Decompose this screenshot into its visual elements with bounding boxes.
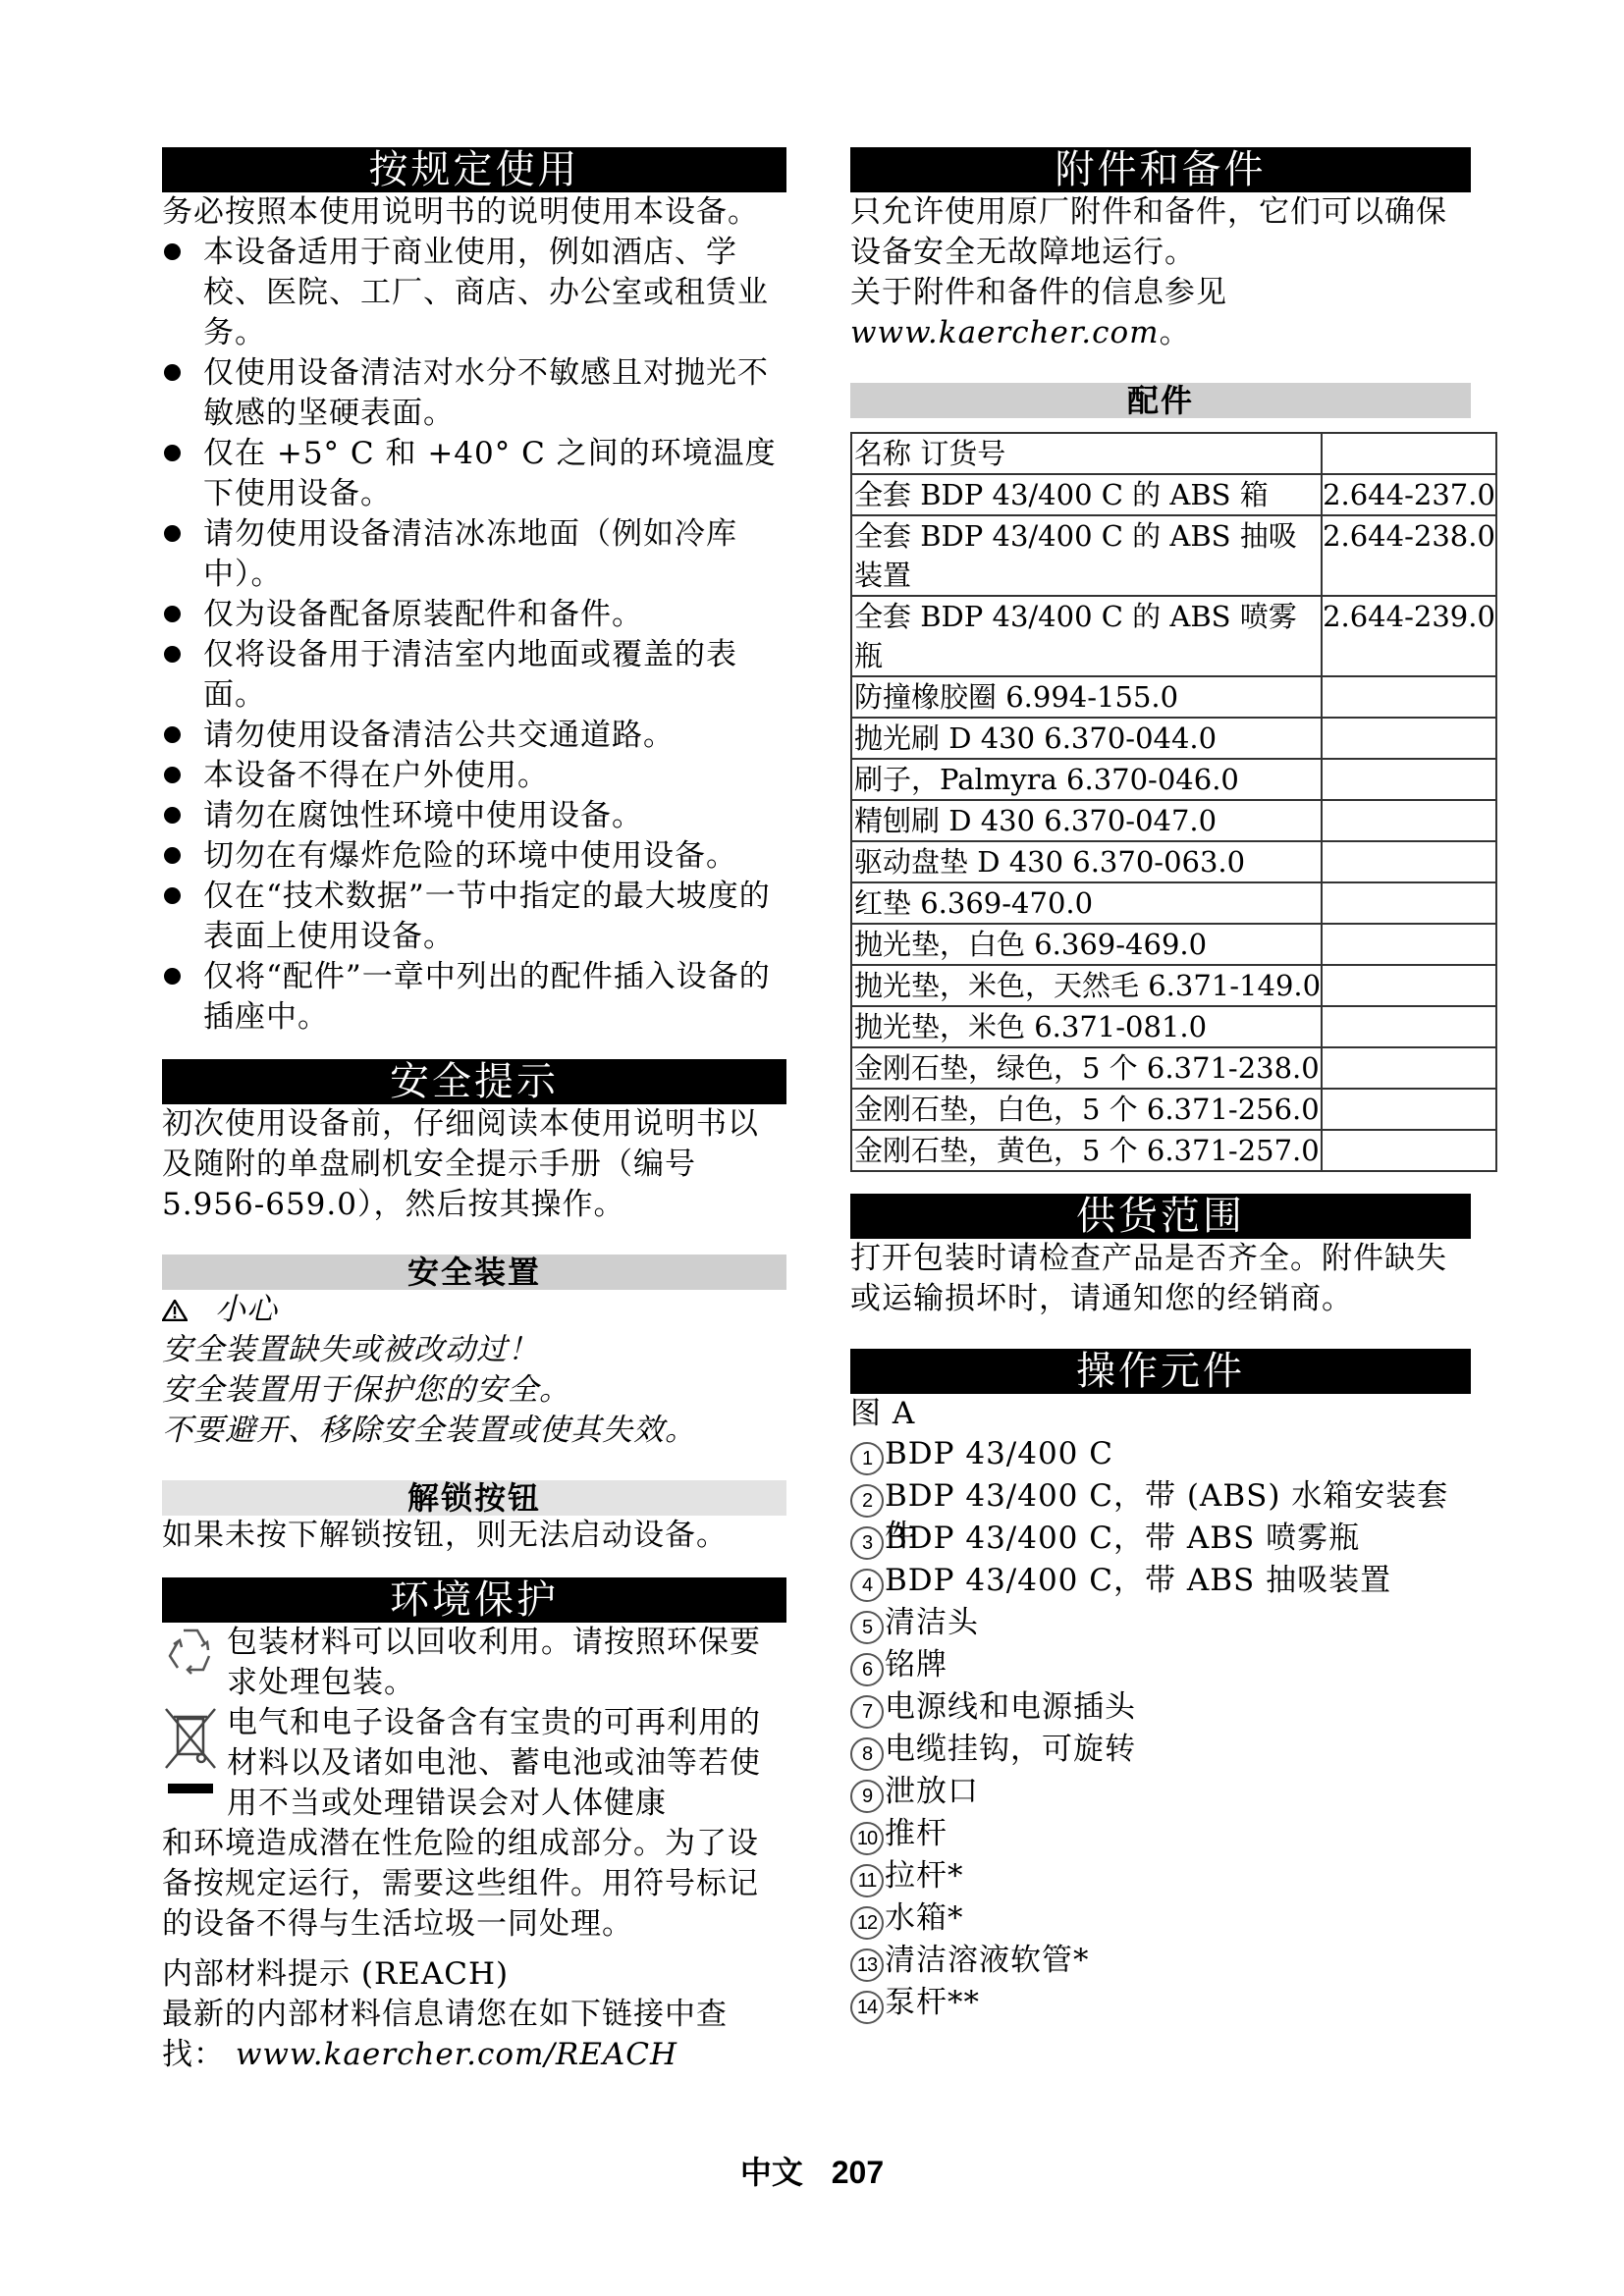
caution-label: 小心 xyxy=(162,1290,786,1330)
accessories-info: 关于附件和备件的信息参见 xyxy=(850,273,1471,313)
bullet-icon xyxy=(164,726,181,743)
weee-text: 电气和电子设备含有宝贵的可再利用的材料以及诸如电池、蓄电池或油等若使用不当或处理… xyxy=(227,1703,786,1824)
accessories-text: 只允许使用原厂附件和备件，它们可以确保设备安全无故障地运行。 xyxy=(850,192,1471,273)
number-circle-icon: 8 xyxy=(850,1737,884,1771)
table-row: 金刚石垫，白色，5 个 6.371-256.0 xyxy=(851,1089,1496,1130)
table-row: 全套 BDP 43/400 C 的 ABS 箱2.644-237.0 xyxy=(851,474,1496,515)
bullet-icon xyxy=(164,646,181,663)
list-item: 请勿使用设备清洁公共交通道路。 xyxy=(162,716,786,756)
list-item: 13清洁溶液软管* xyxy=(850,1941,1471,1983)
list-item: 仅将设备用于清洁室内地面或覆盖的表面。 xyxy=(162,635,786,716)
table-row: 抛光垫，米色，天然毛 6.371-149.0 xyxy=(851,965,1496,1006)
subsection-title-unlock-button: 解锁按钮 xyxy=(162,1480,786,1516)
weee-row: 电气和电子设备含有宝贵的可再利用的材料以及诸如电池、蓄电池或油等若使用不当或处理… xyxy=(162,1703,786,1824)
list-item: 仅在“技术数据”一节中指定的最大坡度的表面上使用设备。 xyxy=(162,877,786,957)
parts-table: 名称 订货号 全套 BDP 43/400 C 的 ABS 箱2.644-237.… xyxy=(850,432,1497,1172)
scope-text: 打开包装时请检查产品是否齐全。附件缺失或运输损坏时，请通知您的经销商。 xyxy=(850,1239,1471,1319)
bullet-icon xyxy=(164,807,181,824)
controls-list: 1BDP 43/400 C 2BDP 43/400 C，带 (ABS) 水箱安装… xyxy=(850,1434,1471,2025)
number-circle-icon: 5 xyxy=(850,1611,884,1644)
list-item: 2BDP 43/400 C，带 (ABS) 水箱安装套件 xyxy=(850,1476,1471,1519)
list-item: 14泵杆** xyxy=(850,1983,1471,2025)
table-row: 抛光垫，白色 6.369-469.0 xyxy=(851,924,1496,965)
figure-label: 图 A xyxy=(850,1394,1471,1434)
list-item: 12水箱* xyxy=(850,1898,1471,1941)
bullet-icon xyxy=(164,767,181,783)
table-header-row: 名称 订货号 xyxy=(851,433,1496,474)
reach-text: 最新的内部材料信息请您在如下链接中查找： www.kaercher.com/RE… xyxy=(162,1995,786,2075)
left-column: 按规定使用 务必按照本使用说明书的说明使用本设备。 本设备适用于商业使用，例如酒… xyxy=(162,147,786,2075)
table-row: 金刚石垫，绿色，5 个 6.371-238.0 xyxy=(851,1047,1496,1089)
caution-line: 不要避开、移除安全装置或使其失效。 xyxy=(162,1411,786,1451)
table-row: 驱动盘垫 D 430 6.370-063.0 xyxy=(851,841,1496,882)
table-row: 抛光垫，米色 6.371-081.0 xyxy=(851,1006,1496,1047)
list-item: 本设备适用于商业使用，例如酒店、学校、医院、工厂、商店、办公室或租赁业务。 xyxy=(162,233,786,353)
right-column: 附件和备件 只允许使用原厂附件和备件，它们可以确保设备安全无故障地运行。 关于附… xyxy=(850,147,1471,2025)
list-item: 请勿在腐蚀性环境中使用设备。 xyxy=(162,796,786,836)
bullet-icon xyxy=(164,525,181,542)
list-item: 切勿在有爆炸危险的环境中使用设备。 xyxy=(162,836,786,877)
list-item: 仅在 +5° C 和 +40° C 之间的环境温度下使用设备。 xyxy=(162,434,786,514)
bullet-icon xyxy=(164,968,181,985)
list-item: 4BDP 43/400 C，带 ABS 抽吸装置 xyxy=(850,1561,1471,1603)
section-title-controls: 操作元件 xyxy=(850,1349,1471,1394)
bullet-icon xyxy=(164,445,181,461)
bullet-icon xyxy=(164,606,181,622)
reach-title: 内部材料提示 (REACH) xyxy=(162,1954,786,1995)
weee-text-continued: 和环境造成潜在性危险的组成部分。为了设备按规定运行，需要这些组件。用符号标记的设… xyxy=(162,1824,786,1945)
list-item: 请勿使用设备清洁冰冻地面（例如冷库中）。 xyxy=(162,514,786,595)
recycle-text: 包装材料可以回收利用。请按照环保要求处理包装。 xyxy=(227,1623,786,1703)
recycle-row: 包装材料可以回收利用。请按照环保要求处理包装。 xyxy=(162,1623,786,1703)
unlock-text: 如果未按下解锁按钮，则无法启动设备。 xyxy=(162,1516,786,1556)
number-circle-icon: 3 xyxy=(850,1526,884,1560)
section-title-accessories: 附件和备件 xyxy=(850,147,1471,192)
intended-use-intro: 务必按照本使用说明书的说明使用本设备。 xyxy=(162,192,786,233)
table-row: 全套 BDP 43/400 C 的 ABS 喷雾瓶2.644-239.0 xyxy=(851,596,1496,676)
list-item: 11拉杆* xyxy=(850,1856,1471,1898)
page-number: 207 xyxy=(832,2155,884,2190)
number-circle-icon: 4 xyxy=(850,1569,884,1602)
kaercher-link[interactable]: www.kaercher.com xyxy=(850,315,1160,350)
number-circle-icon: 14 xyxy=(850,1991,884,2024)
table-row: 防撞橡胶圈 6.994-155.0 xyxy=(851,676,1496,718)
caution-line: 安全装置用于保护您的安全。 xyxy=(162,1370,786,1411)
list-item: 1BDP 43/400 C xyxy=(850,1434,1471,1476)
header-cell: 名称 订货号 xyxy=(851,433,1322,474)
section-title-intended-use: 按规定使用 xyxy=(162,147,786,192)
footer-language: 中文 xyxy=(740,2155,803,2190)
list-item: 仅将“配件”一章中列出的配件插入设备的插座中。 xyxy=(162,957,786,1038)
table-row: 金刚石垫，黄色，5 个 6.371-257.0 xyxy=(851,1130,1496,1171)
subsection-title-safety-devices: 安全装置 xyxy=(162,1255,786,1290)
safety-text: 初次使用设备前，仔细阅读本使用说明书以及随附的单盘刷机安全提示手册（编号 5.9… xyxy=(162,1104,786,1225)
bullet-icon xyxy=(164,243,181,260)
reach-link[interactable]: www.kaercher.com/REACH xyxy=(236,2037,677,2072)
number-circle-icon: 1 xyxy=(850,1442,884,1475)
accessories-link-line: www.kaercher.com。 xyxy=(850,313,1471,353)
section-title-environment: 环境保护 xyxy=(162,1577,786,1623)
list-item: 本设备不得在户外使用。 xyxy=(162,756,786,796)
bullet-icon xyxy=(164,364,181,381)
number-circle-icon: 2 xyxy=(850,1484,884,1518)
warning-triangle-icon xyxy=(162,1300,188,1321)
number-circle-icon: 12 xyxy=(850,1906,884,1940)
section-title-safety: 安全提示 xyxy=(162,1059,786,1104)
subsection-title-parts: 配件 xyxy=(850,383,1471,418)
list-item: 6铭牌 xyxy=(850,1645,1471,1687)
number-circle-icon: 9 xyxy=(850,1780,884,1813)
bullet-icon xyxy=(164,887,181,904)
number-circle-icon: 11 xyxy=(850,1864,884,1897)
bullet-icon xyxy=(164,847,181,864)
list-item: 10推杆 xyxy=(850,1814,1471,1856)
header-cell xyxy=(1322,433,1496,474)
list-item: 仅为设备配备原装配件和备件。 xyxy=(162,595,786,635)
page-footer: 中文 207 xyxy=(0,2148,1624,2193)
section-title-scope-of-delivery: 供货范围 xyxy=(850,1194,1471,1239)
list-item: 仅使用设备清洁对水分不敏感且对抛光不敏感的坚硬表面。 xyxy=(162,353,786,434)
number-circle-icon: 7 xyxy=(850,1695,884,1729)
table-row: 抛光刷 D 430 6.370-044.0 xyxy=(851,718,1496,759)
table-row: 红垫 6.369-470.0 xyxy=(851,882,1496,924)
table-row: 刷子，Palmyra 6.370-046.0 xyxy=(851,759,1496,800)
number-circle-icon: 13 xyxy=(850,1949,884,1982)
table-row: 精刨刷 D 430 6.370-047.0 xyxy=(851,800,1496,841)
list-item: 9泄放口 xyxy=(850,1772,1471,1814)
caution-line: 安全装置缺失或被改动过！ xyxy=(162,1330,786,1370)
list-item: 7电源线和电源插头 xyxy=(850,1687,1471,1730)
crossed-bin-icon xyxy=(162,1703,219,1811)
number-circle-icon: 6 xyxy=(850,1653,884,1686)
list-item: 8电缆挂钩，可旋转 xyxy=(850,1730,1471,1772)
number-circle-icon: 10 xyxy=(850,1822,884,1855)
intended-use-list: 本设备适用于商业使用，例如酒店、学校、医院、工厂、商店、办公室或租赁业务。 仅使… xyxy=(162,233,786,1038)
table-row: 全套 BDP 43/400 C 的 ABS 抽吸装置2.644-238.0 xyxy=(851,515,1496,596)
list-item: 5清洁头 xyxy=(850,1603,1471,1645)
recycle-icon xyxy=(162,1623,219,1680)
